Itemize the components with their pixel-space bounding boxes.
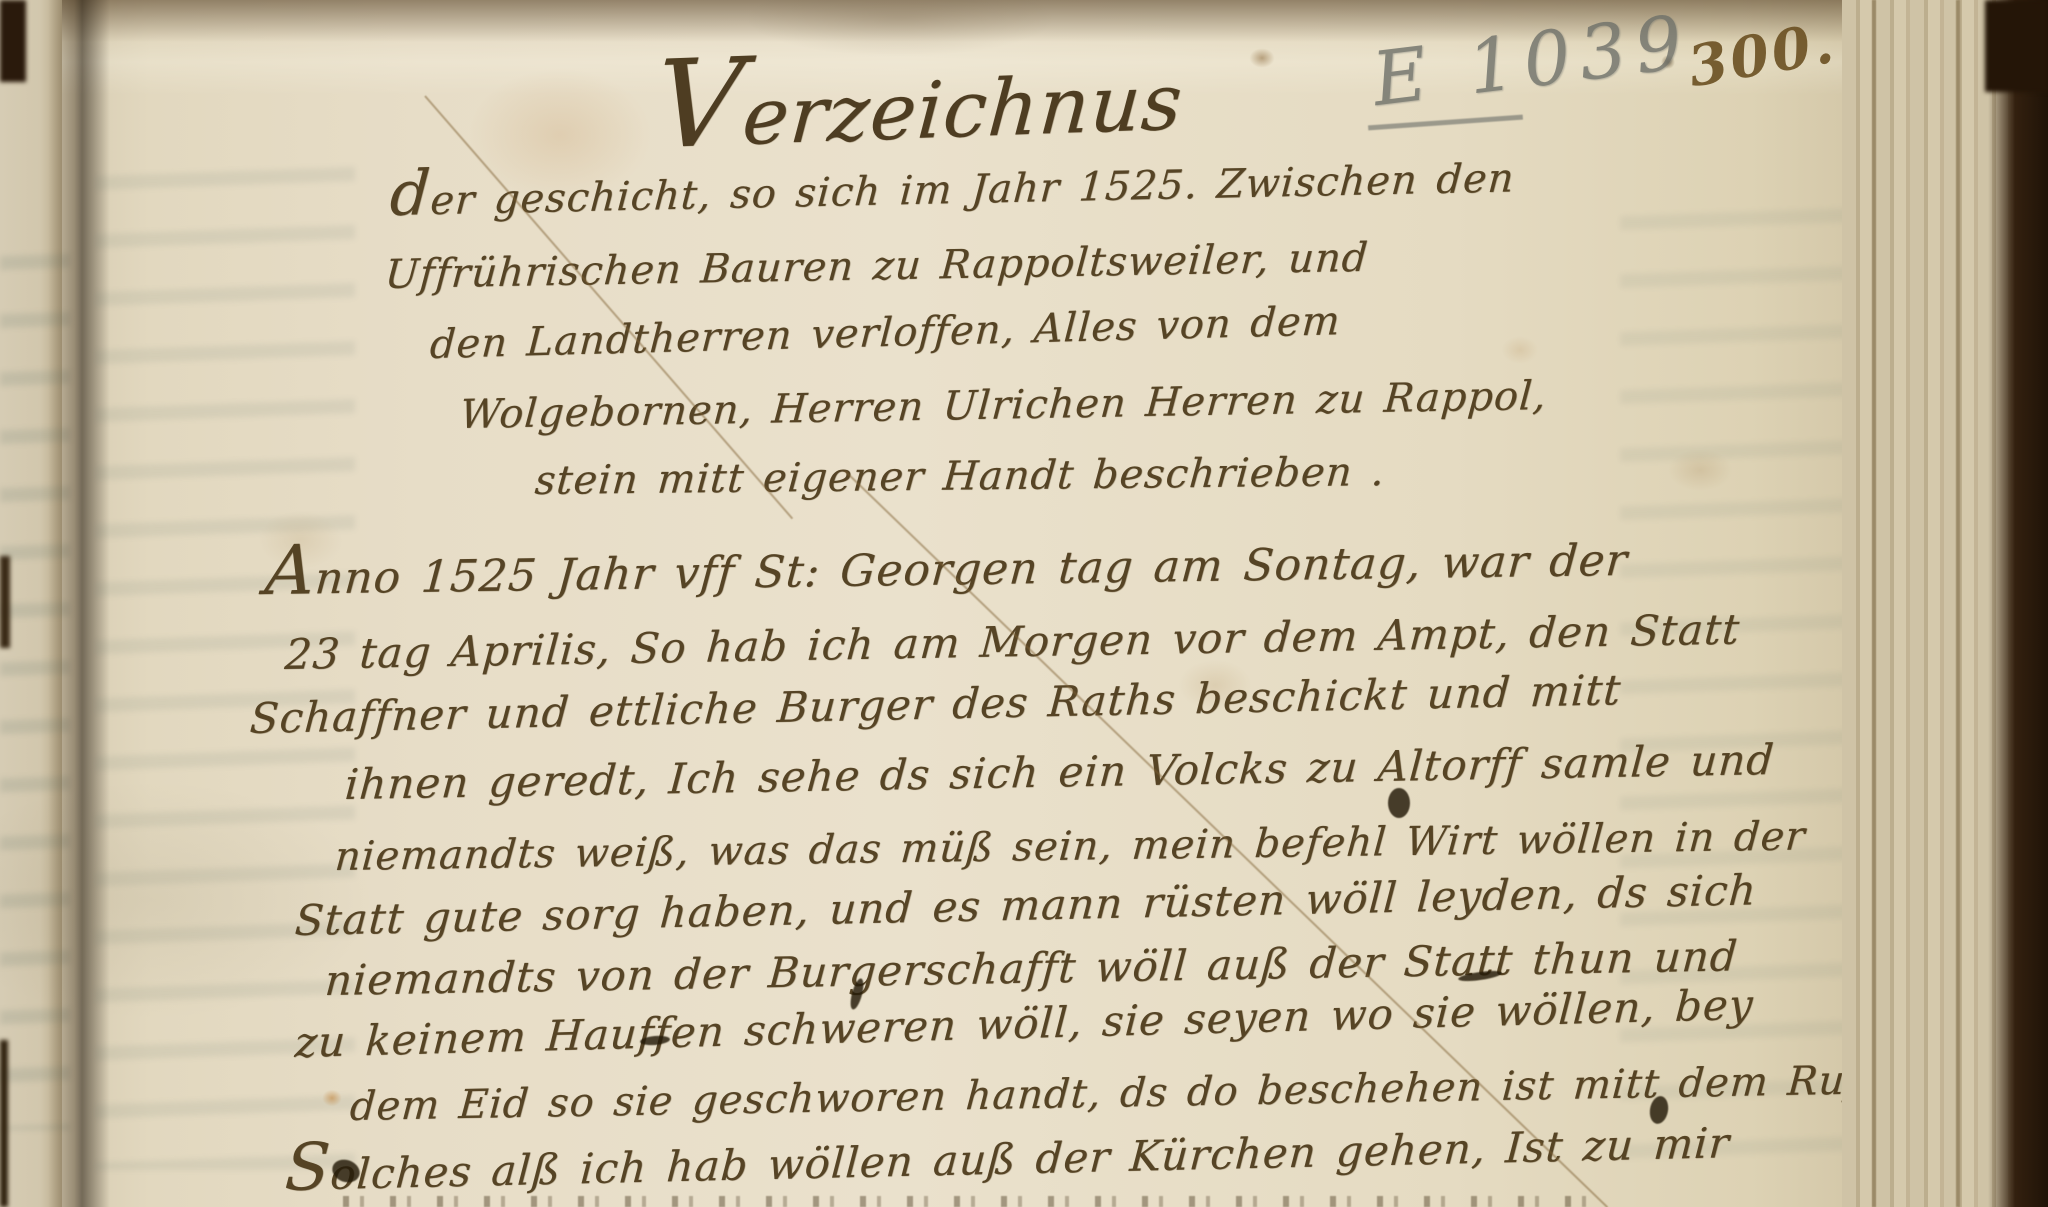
gutter-shadow — [48, 0, 110, 1207]
dark-edge-fragment — [0, 1040, 8, 1207]
partial-bottom-line-tops — [330, 1196, 1610, 1207]
binding-background — [1988, 0, 2048, 1207]
manuscript-scan: E 1039 300. Verzeichnus der geschicht, s… — [0, 0, 2048, 1207]
header-line-5: stein mitt eigener Handt beschrieben . — [533, 449, 1387, 504]
dark-edge-fragment — [0, 556, 10, 648]
dark-edge-fragment — [0, 0, 26, 82]
page-edge-ridge — [1872, 0, 1876, 1207]
manuscript-title: Verzeichnus — [651, 45, 1186, 166]
page-edge-ridge — [1956, 0, 1960, 1207]
binding-corner — [1985, 0, 2048, 92]
